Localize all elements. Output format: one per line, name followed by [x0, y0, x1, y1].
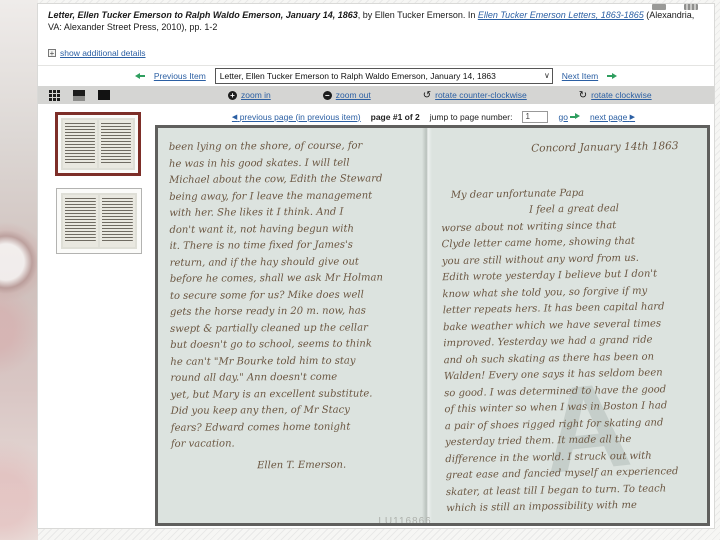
manuscript-line: fears? Edward comes home tonight [171, 419, 421, 437]
item-select-dropdown[interactable]: Letter, Ellen Tucker Emerson to Ralph Wa… [215, 68, 553, 84]
manuscript-line: being away, for I leave the management [169, 188, 419, 206]
next-item-link[interactable]: Next Item [562, 71, 598, 81]
zoom-out-icon: − [323, 91, 332, 100]
manuscript-line: he can't "Mr Bourke told him to stay [170, 353, 420, 371]
page-with-text-view-icon[interactable] [73, 90, 85, 101]
single-image-view-icon[interactable] [98, 90, 110, 100]
rotate-cw-label: rotate clockwise [591, 90, 651, 100]
details-link-label: show additional details [60, 48, 146, 58]
background-glasses-photo [0, 0, 38, 540]
manuscript-line: with her. She likes it I think. And I [169, 204, 419, 222]
manuscript-left-page: been lying on the shore, of course, forh… [169, 138, 421, 475]
citation-title: Letter, Ellen Tucker Emerson to Ralph Wa… [48, 10, 358, 20]
manuscript-line: for vacation. [171, 435, 421, 453]
previous-item-arrow-icon [135, 73, 145, 80]
rotate-ccw-icon: ↺ [423, 91, 431, 100]
page-2-thumbnail[interactable] [56, 188, 142, 254]
manuscript-line: he was in his good skates. I will tell [169, 155, 419, 173]
expand-plus-icon: + [48, 49, 56, 57]
next-page-link[interactable]: next page ▶ [590, 112, 635, 122]
jump-label: jump to page number: [430, 112, 513, 122]
zoom-in-label: zoom in [241, 90, 271, 100]
cropped-header-icon[interactable] [652, 4, 666, 10]
manuscript-line: yet, but Mary is an excellent substitute… [171, 386, 421, 404]
zoom-out-label: zoom out [336, 90, 371, 100]
view-mode-icons [49, 90, 110, 101]
thumbnail-image [61, 193, 137, 249]
page-1-thumbnail-selected[interactable] [55, 112, 141, 176]
go-label: go [558, 112, 567, 122]
image-tools: + zoom in − zoom out ↺ rotate counter-cl… [228, 90, 652, 100]
slide-canvas: Letter, Ellen Tucker Emerson to Ralph Wa… [0, 0, 720, 540]
rotate-counter-clockwise-button[interactable]: ↺ rotate counter-clockwise [423, 90, 527, 100]
rotate-ccw-label: rotate counter-clockwise [435, 90, 527, 100]
thumbnail-left-page [63, 195, 98, 247]
grid-view-icon[interactable] [49, 90, 60, 101]
next-page-icon: ▶ [630, 114, 635, 121]
left-page-lines: been lying on the shore, of course, forh… [169, 138, 421, 453]
manuscript-right-page: Concord January 14th 1863 My dear unfort… [440, 126, 699, 518]
manuscript-line: Michael about the cow, Edith the Steward [169, 171, 419, 189]
go-arrow-icon [570, 113, 580, 120]
cropped-header-icon[interactable] [684, 4, 698, 10]
manuscript-line: but doesn't go to school, seems to think [170, 336, 420, 354]
manuscript-line: been lying on the shore, of course, for [169, 138, 419, 156]
thumbnail-right-page [99, 120, 133, 168]
manuscript-line: swept & partially cleaned up the cellar [170, 320, 420, 338]
manuscript-line: it. There is no time fixed for James's [170, 237, 420, 255]
page-indicator: page #1 of 2 [371, 112, 420, 122]
item-navigation-bar: Previous Item Letter, Ellen Tucker Emers… [38, 65, 714, 86]
manuscript-line: Did you keep any then, of Mr Stacy [171, 402, 421, 420]
previous-page-link[interactable]: ◀ previous page (in previous item) [232, 112, 361, 122]
manuscript-image-viewer[interactable]: A been lying on the shore, of course, fo… [155, 125, 710, 526]
next-item-arrow-icon [607, 73, 617, 80]
manuscript-line: round all day." Ann doesn't come [170, 369, 420, 387]
series-link[interactable]: Ellen Tucker Emerson Letters, 1863-1865 [478, 10, 644, 20]
thumbnail-image [61, 118, 135, 170]
citation-middle: , by Ellen Tucker Emerson. In [358, 10, 478, 20]
manuscript-line: before he comes, shall we ask Mr Holman [170, 270, 420, 288]
rotate-cw-icon: ↻ [579, 91, 587, 100]
manuscript-line: which is still an impossibility with me [447, 497, 700, 518]
right-page-lines: worse about not writing since thatClyde … [442, 216, 700, 517]
previous-page-label: previous page (in previous item) [240, 112, 361, 122]
zoom-in-button[interactable]: + zoom in [228, 90, 271, 100]
thumbnail-left-page [63, 120, 97, 168]
show-additional-details-link[interactable]: + show additional details [48, 48, 146, 58]
previous-page-icon: ◀ [232, 114, 237, 121]
document-viewer-panel: Letter, Ellen Tucker Emerson to Ralph Wa… [38, 4, 714, 528]
rotate-clockwise-button[interactable]: ↻ rotate clockwise [579, 90, 652, 100]
image-toolbar: + zoom in − zoom out ↺ rotate counter-cl… [38, 86, 714, 104]
manuscript-line: to secure some for us? Mike does well [170, 287, 420, 305]
next-page-label: next page [590, 112, 627, 122]
page-fold-shadow [422, 128, 432, 523]
thumbnail-right-page [100, 195, 135, 247]
manuscript-line: gets the horse ready in 20 m. now, has [170, 303, 420, 321]
signature-line: Ellen T. Emerson. [171, 457, 421, 475]
previous-item-link[interactable]: Previous Item [154, 71, 206, 81]
jump-to-page-input[interactable] [522, 111, 548, 123]
zoom-out-button[interactable]: − zoom out [323, 90, 371, 100]
manuscript-line: return, and if the hay should give out [170, 254, 420, 272]
citation-text: Letter, Ellen Tucker Emerson to Ralph Wa… [48, 10, 698, 33]
dateline: Concord January 14th 1863 [440, 138, 693, 159]
go-button[interactable]: go [558, 112, 579, 122]
item-select-wrap: Letter, Ellen Tucker Emerson to Ralph Wa… [215, 68, 553, 84]
image-id-watermark: LU116866 [378, 516, 431, 526]
manuscript-line: don't want it, not having begun with [169, 221, 419, 239]
thumbnail-sidebar [38, 104, 153, 528]
zoom-in-icon: + [228, 91, 237, 100]
